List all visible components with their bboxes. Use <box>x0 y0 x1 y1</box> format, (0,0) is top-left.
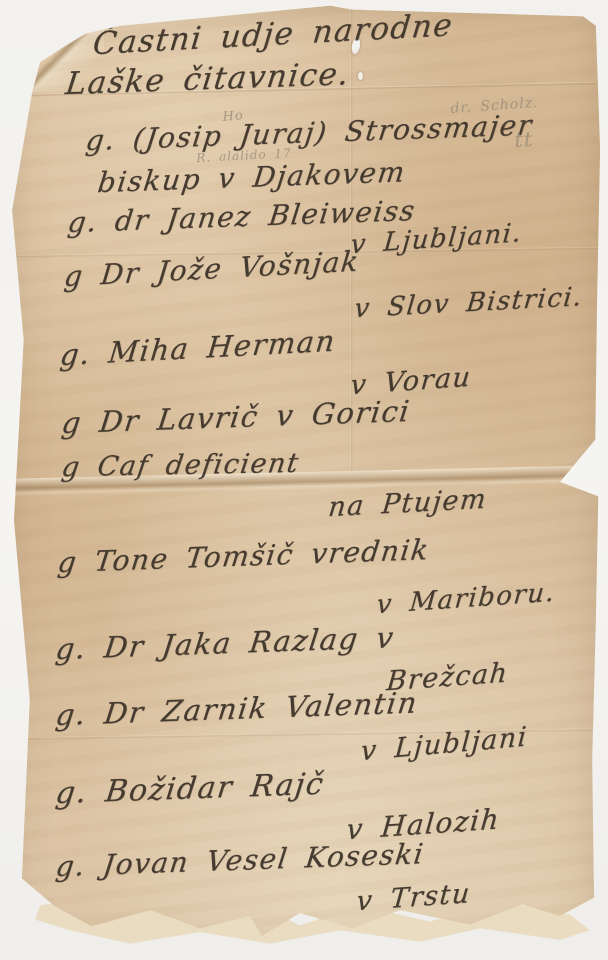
title-line-2: Laške čitavnice. <box>64 56 352 102</box>
pencil-note-tt: tt <box>514 127 534 152</box>
entry-tomsic-name: g Tone Tomšič vrednik <box>56 533 432 579</box>
paper-hole <box>358 72 363 80</box>
entry-vosnjak-name: g Dr Jože Vošnjak <box>63 245 362 294</box>
entry-tomsic-place: v Mariboru. <box>375 578 556 621</box>
entry-strossmajer-place: biskup v Djakovem <box>96 155 408 199</box>
entry-zarnik-place: v Ljubljani <box>360 721 529 767</box>
entry-raic-name: g. Božidar Rajč <box>54 767 327 812</box>
entry-caf-place: na Ptujem <box>327 484 489 524</box>
entry-herman-name: g. Miha Herman <box>58 324 337 373</box>
entry-strossmajer-name: g. (Josip Juraj) Strossmajer <box>84 108 535 157</box>
entry-koseski-place: v Trstu <box>355 878 472 917</box>
entry-caf-name: g Caf deficient <box>60 448 302 483</box>
manuscript-paper: Častni udje narodne Laške čitavnice. Ho … <box>0 0 608 960</box>
scanned-document: Častni udje narodne Laške čitavnice. Ho … <box>0 0 608 960</box>
entry-koseski-name: g. Jovan Vesel Koseski <box>54 837 426 883</box>
entry-razlag-name: g. Dr Jaka Razlag v <box>54 620 397 666</box>
entry-vosnjak-place: v Slov Bistrici. <box>353 282 585 324</box>
entry-zarnik-name: g. Dr Zarnik Valentin <box>54 685 420 732</box>
entry-lavric-name-place: g Dr Lavrič v Gorici <box>60 394 413 440</box>
title-line-1: Častni udje narodne <box>91 7 455 62</box>
